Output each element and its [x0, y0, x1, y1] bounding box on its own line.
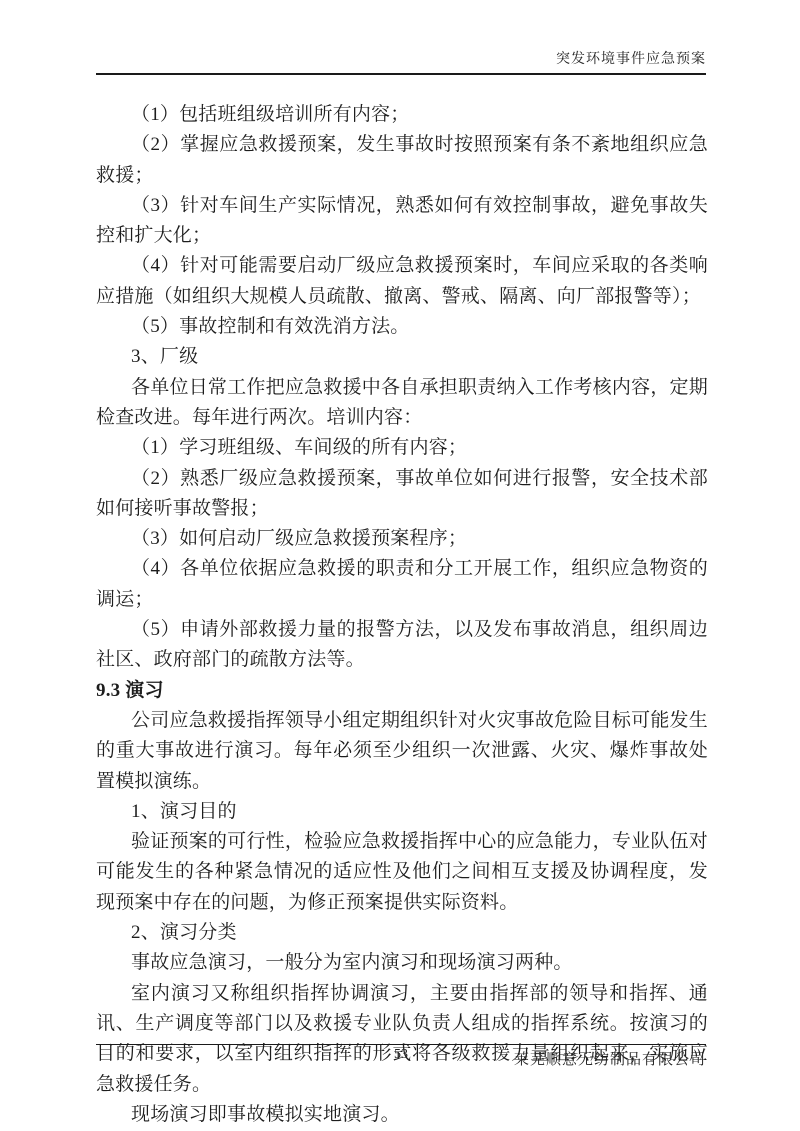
paragraph: 1、演习目的 — [96, 797, 708, 827]
paragraph: 验证预案的可行性，检验应急救援指挥中心的应急能力，专业队伍对可能发生的各种紧急情… — [96, 827, 708, 918]
paragraph: （1）学习班组级、车间级的所有内容； — [96, 433, 708, 463]
paragraph: 3、厂级 — [96, 342, 708, 372]
header-title: 突发环境事件应急预案 — [556, 48, 706, 73]
paragraph: （5）申请外部救援力量的报警方法，以及发布事故消息，组织周边社区、政府部门的疏散… — [96, 615, 708, 676]
paragraph: （3）针对车间生产实际情况，熟悉如何有效控制事故，避免事故失控和扩大化； — [96, 191, 708, 252]
paragraph: 室内演习又称组织指挥协调演习，主要由指挥部的领导和指挥、通讯、生产调度等部门以及… — [96, 979, 708, 1100]
page-header: 突发环境事件应急预案 — [96, 0, 706, 75]
paragraph: 现场演习即事故模拟实地演习。 — [96, 1100, 708, 1130]
paragraph: （4）各单位依据应急救援的职责和分工开展工作，组织应急物资的调运； — [96, 554, 708, 615]
footer-company-name: 莱芜顺意无纺制品有限公司 — [514, 1048, 706, 1069]
paragraph: （1）包括班组级培训所有内容； — [96, 100, 708, 130]
paragraph: （3）如何启动厂级应急救援预案程序； — [96, 524, 708, 554]
page-footer: 53 莱芜顺意无纺制品有限公司 — [96, 1044, 706, 1071]
paragraph: （4）针对可能需要启动厂级应急救援预案时，车间应采取的各类响应措施（如组织大规模… — [96, 251, 708, 312]
page-number: 53 — [394, 1047, 408, 1063]
paragraph: 公司应急救援指挥领导小组定期组织针对火灾事故危险目标可能发生的重大事故进行演习。… — [96, 706, 708, 797]
section-heading: 9.3 演习 — [96, 676, 708, 706]
paragraph: 2、演习分类 — [96, 918, 708, 948]
document-page: 突发环境事件应急预案 （1）包括班组级培训所有内容；（2）掌握应急救援预案，发生… — [0, 0, 800, 1131]
paragraph: （2）熟悉厂级应急救援预案，事故单位如何进行报警，安全技术部如何接听事故警报； — [96, 464, 708, 525]
paragraph: （2）掌握应急救援预案，发生事故时按照预案有条不紊地组织应急救援； — [96, 130, 708, 191]
paragraph: 事故应急演习，一般分为室内演习和现场演习两种。 — [96, 948, 708, 978]
paragraph: 各单位日常工作把应急救援中各自承担职责纳入工作考核内容，定期检查改进。每年进行两… — [96, 373, 708, 434]
paragraph: （5）事故控制和有效洗消方法。 — [96, 312, 708, 342]
document-body: （1）包括班组级培训所有内容；（2）掌握应急救援预案，发生事故时按照预案有条不紊… — [96, 100, 708, 1130]
